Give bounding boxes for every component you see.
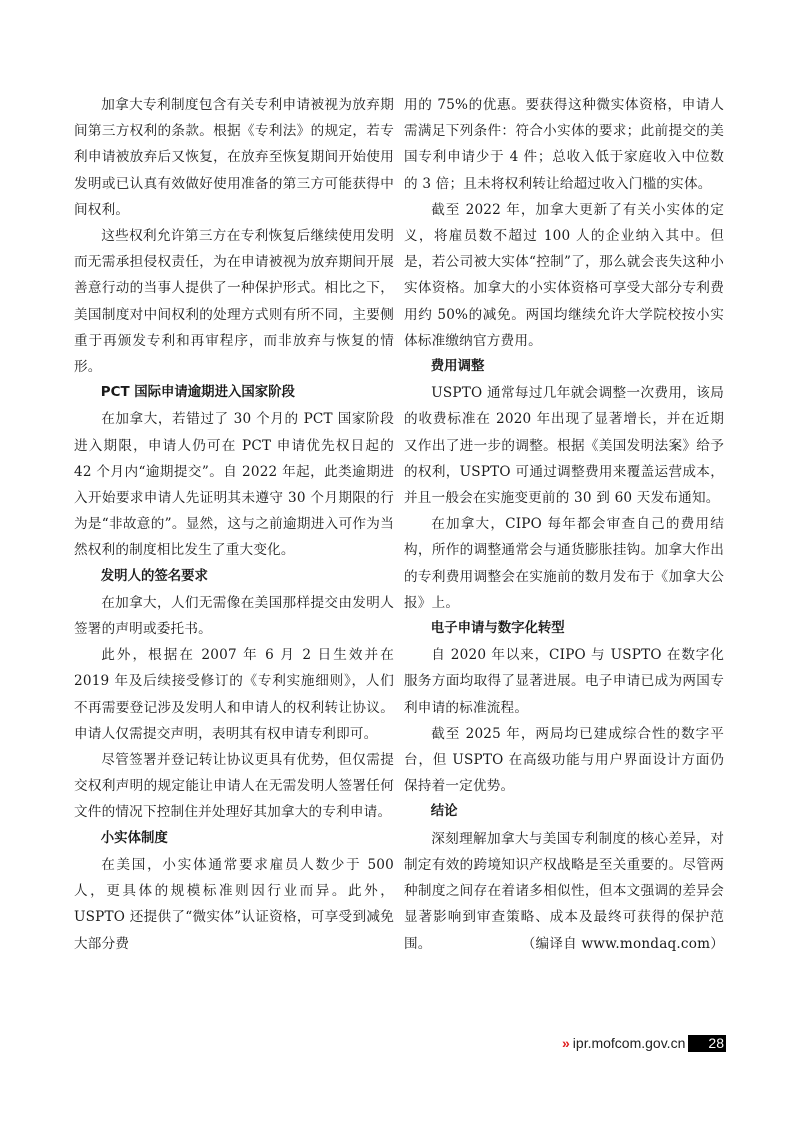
right-column: 用的 75%的优惠。要获得这种微实体资格，申请人需满足下列条件：符合小实体的要求…	[404, 92, 724, 957]
footer-site-link[interactable]: ipr.mofcom.gov.cn	[573, 1035, 686, 1051]
double-chevron-right-icon: »	[562, 1035, 567, 1051]
heading-conclusion: 结论	[404, 799, 724, 825]
page-number: 28	[688, 1035, 726, 1052]
paragraph-pct-late-entry: 在加拿大，若错过了 30 个月的 PCT 国家阶段进入期限，申请人仍可在 PCT…	[74, 406, 394, 563]
paragraph-uspto-fees: USPTO 通常每过几年就会调整一次费用，该局的收费标准在 2020 年出现了显…	[404, 380, 724, 511]
paragraph-micro-entity-continued: 用的 75%的优惠。要获得这种微实体资格，申请人需满足下列条件：符合小实体的要求…	[404, 92, 724, 197]
heading-inventor-signature: 发明人的签名要求	[74, 564, 394, 590]
page-footer: » ipr.mofcom.gov.cn	[562, 1033, 685, 1053]
heading-small-entity: 小实体制度	[74, 826, 394, 852]
paragraph-third-party-protection: 这些权利允许第三方在专利恢复后继续使用发明而无需承担侵权责任，为在申请被视为放弃…	[74, 223, 394, 380]
paragraph-no-declaration: 在加拿大，人们无需像在美国那样提交由发明人签署的声明或委托书。	[74, 590, 394, 642]
paragraph-conclusion: 深刻理解加拿大与美国专利制度的核心差异，对制定有效的跨境知识产权战略是至关重要的…	[404, 826, 724, 957]
paragraph-cipo-fees: 在加拿大，CIPO 每年都会审查自己的费用结构，所作的调整通常会与通货膨胀挂钩。…	[404, 511, 724, 616]
paragraph-digital-progress: 自 2020 年以来，CIPO 与 USPTO 在数字化服务方面均取得了显著进展…	[404, 642, 724, 721]
paragraph-patent-rules: 此外，根据在 2007 年 6 月 2 日生效并在 2019 年及后续接受修订的…	[74, 642, 394, 747]
paragraph-intermediate-rights: 加拿大专利制度包含有关专利申请被视为放弃期间第三方权利的条款。根据《专利法》的规…	[74, 92, 394, 223]
source-note: （编译自 www.mondaq.com）	[495, 931, 724, 957]
paragraph-canada-small-entity: 截至 2022 年，加拿大更新了有关小实体的定义，将雇员数不超过 100 人的企…	[404, 197, 724, 354]
paragraph-us-small-entity: 在美国，小实体通常要求雇员人数少于 500 人，更具体的规模标准则因行业而异。此…	[74, 852, 394, 957]
heading-fee-adjustment: 费用调整	[404, 354, 724, 380]
heading-pct-late-entry: PCT 国际申请逾期进入国家阶段	[74, 380, 394, 406]
paragraph-assignment-advantage: 尽管签署并登记转让协议更具有优势，但仅需提交权利声明的规定能让申请人在无需发明人…	[74, 747, 394, 826]
left-column: 加拿大专利制度包含有关专利申请被视为放弃期间第三方权利的条款。根据《专利法》的规…	[74, 92, 394, 957]
paragraph-digital-platforms: 截至 2025 年，两局均已建成综合性的数字平台，但 USPTO 在高级功能与用…	[404, 721, 724, 800]
heading-e-filing: 电子申请与数字化转型	[404, 616, 724, 642]
